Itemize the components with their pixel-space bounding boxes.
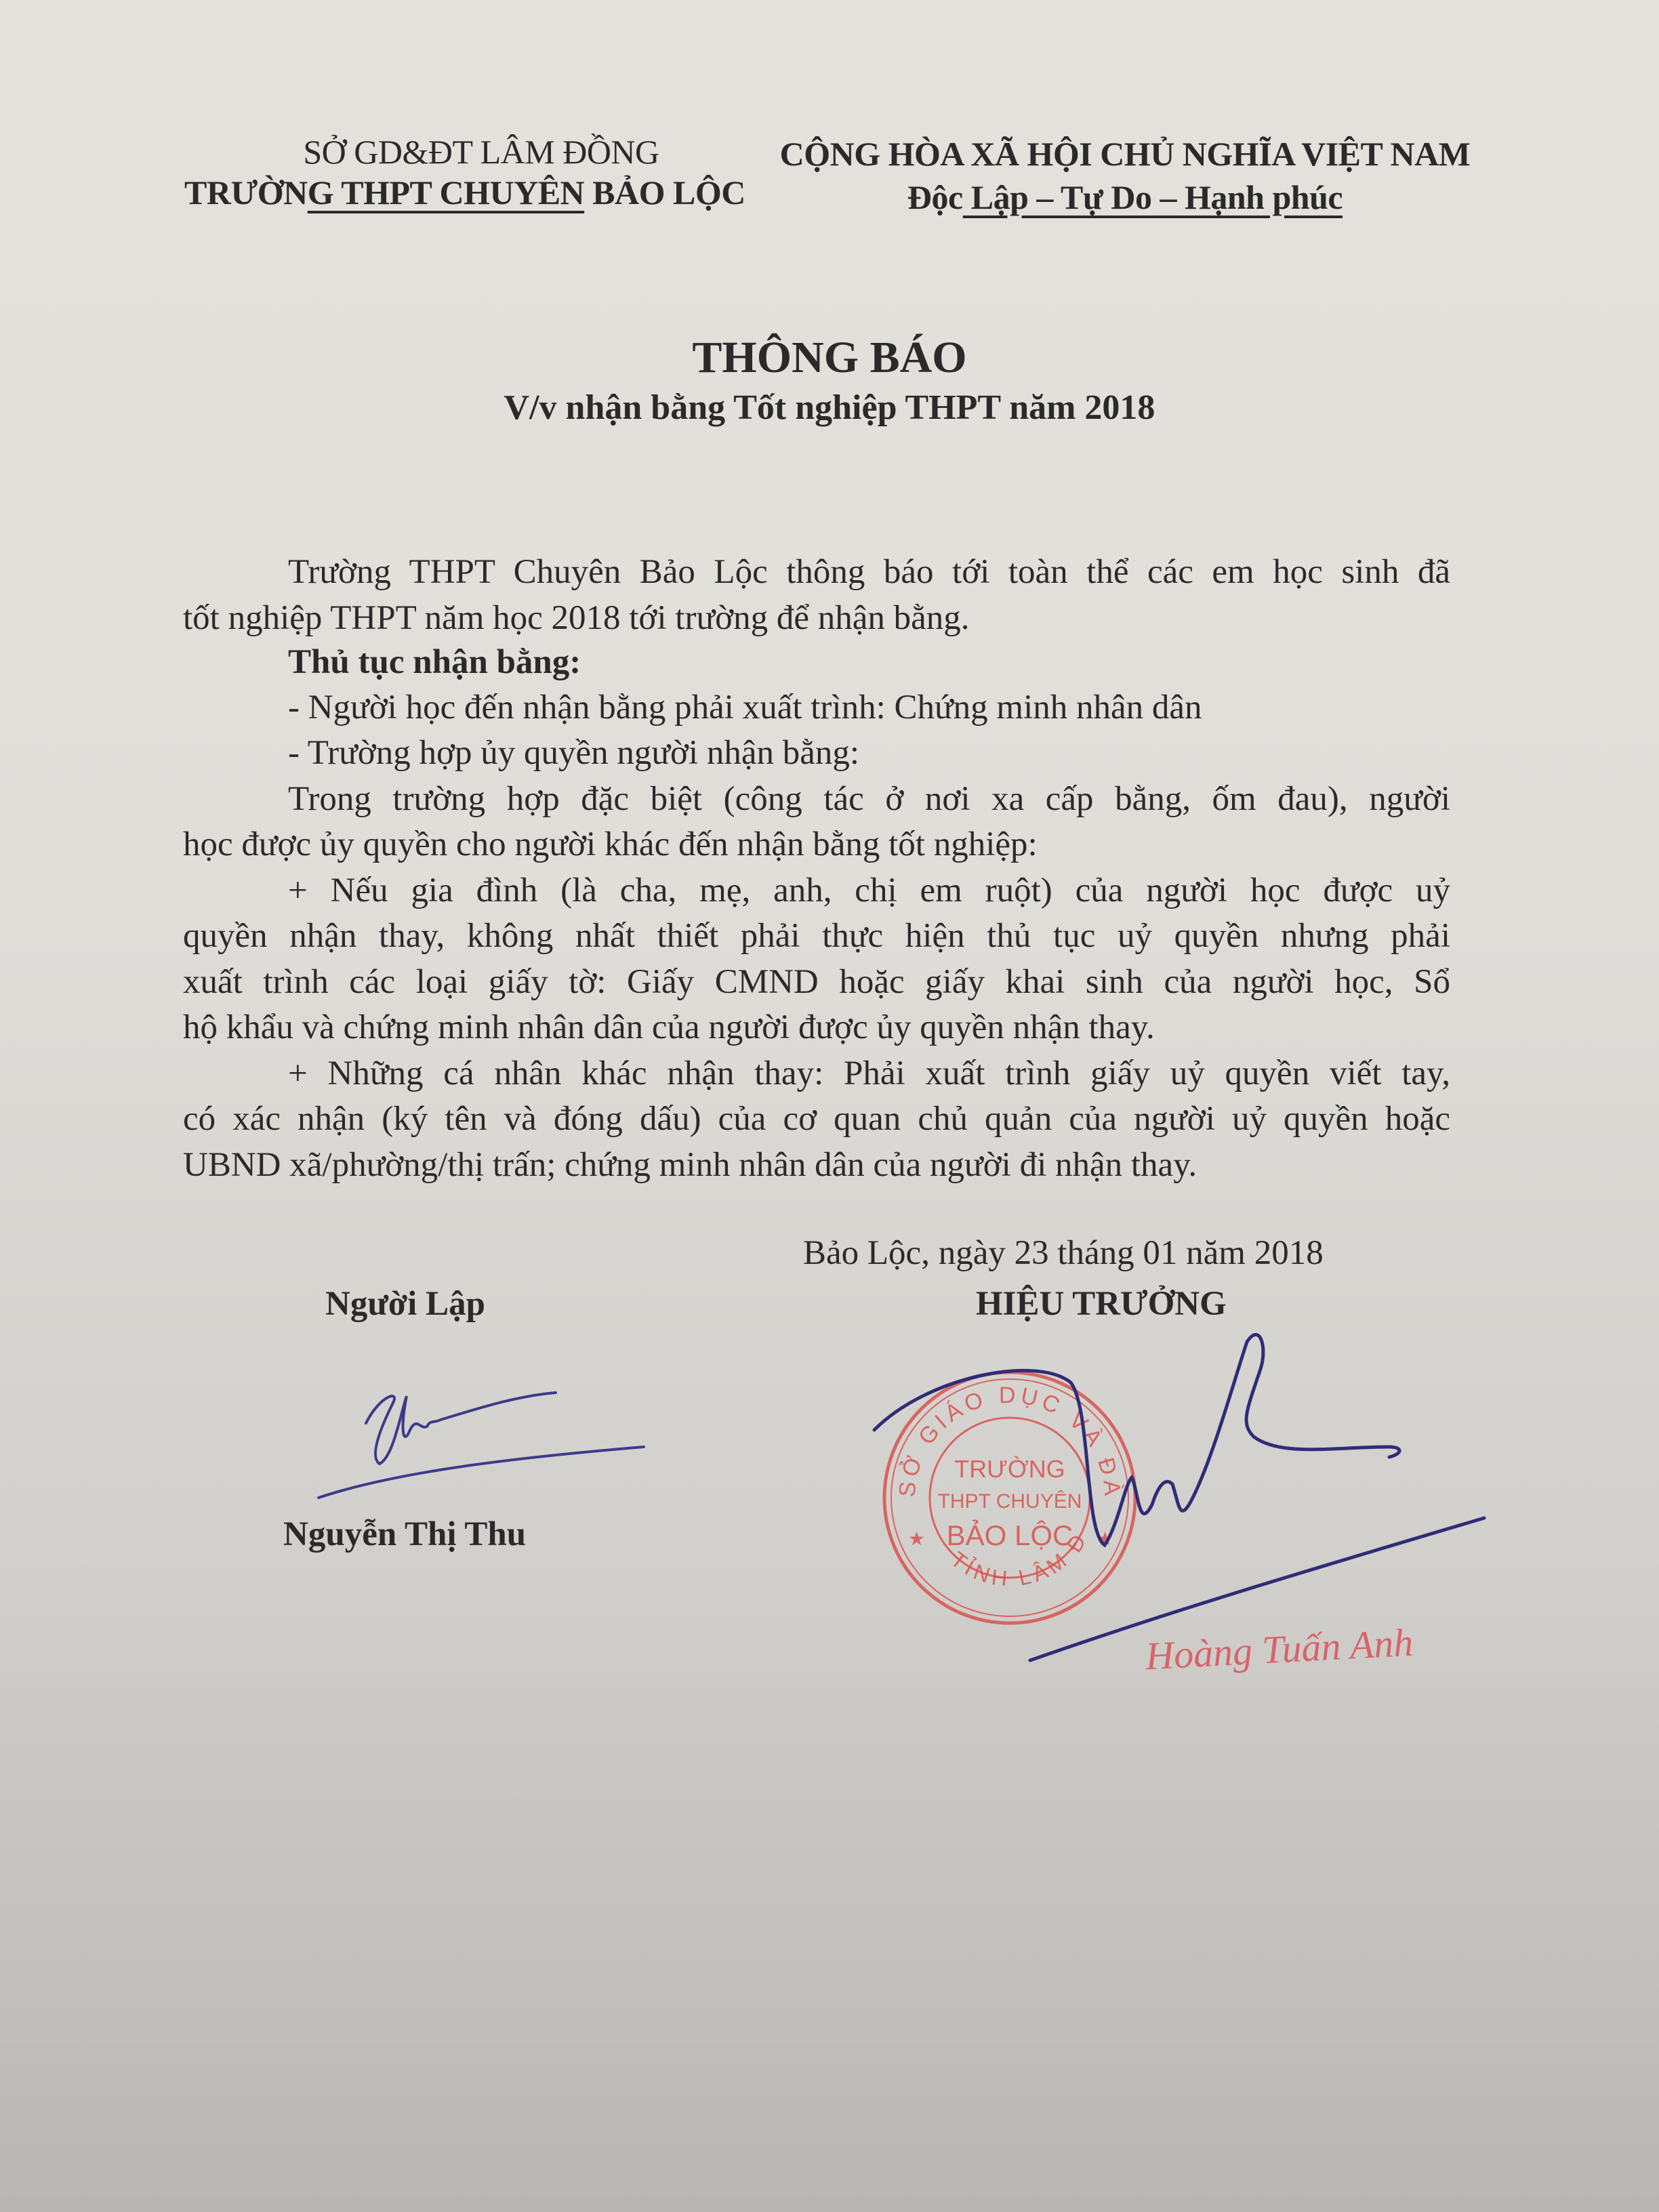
procedure-item-2: - Trường hợp ủy quyền người nhận bằng:: [183, 733, 1450, 773]
creator-role: Người Lập: [325, 1284, 485, 1324]
special-case-line-2: học được ủy quyền cho người khác đến nhậ…: [183, 825, 1450, 864]
department-name: SỞ GD&ĐT LÂM ĐỒNG: [183, 132, 779, 171]
document-subtitle: V/v nhận bằng Tốt nghiệp THPT năm 2018: [0, 388, 1659, 428]
intro-paragraph-line-1: Trường THPT Chuyên Bảo Lộc thông báo tới…: [183, 552, 1450, 592]
country-name: CỘNG HÒA XÃ HỘI CHỦ NGHĨA VIỆT NAM: [766, 134, 1484, 173]
procedure-item-1: - Người học đến nhận bằng phải xuất trìn…: [183, 688, 1450, 727]
document-page: SỞ GD&ĐT LÂM ĐỒNG TRƯỜNG THPT CHUYÊN BẢO…: [0, 0, 1659, 2212]
place-date: Bảo Lộc, ngày 23 tháng 01 năm 2018: [803, 1233, 1324, 1273]
creator-signature: [298, 1369, 664, 1504]
principal-role: HIỆU TRƯỞNG: [976, 1284, 1227, 1324]
family-case-line-2: quyền nhận thay, không nhất thiết phải t…: [183, 916, 1450, 956]
national-motto: Độc Lập – Tự Do – Hạnh phúc: [766, 178, 1484, 217]
header-left: SỞ GD&ĐT LÂM ĐỒNG: [183, 132, 779, 171]
other-case-line-2: có xác nhận (ký tên và đóng dấu) của cơ …: [183, 1099, 1450, 1139]
school-name: TRƯỜNG THPT CHUYÊN BẢO LỘC: [184, 173, 745, 212]
family-case-line-1: + Nếu gia đình (là cha, mẹ, anh, chị em …: [183, 871, 1450, 910]
procedure-heading: Thủ tục nhận bằng:: [183, 642, 1450, 682]
family-case-line-3: xuất trình các loại giấy tờ: Giấy CMND h…: [183, 962, 1450, 1002]
creator-name: Nguyễn Thị Thu: [283, 1515, 526, 1554]
other-case-line-1: + Những cá nhân khác nhận thay: Phải xuấ…: [183, 1054, 1450, 1093]
intro-paragraph-line-2: tốt nghiệp THPT năm học 2018 tới trường …: [183, 598, 1450, 638]
family-case-line-4: hộ khẩu và chứng minh nhân dân của người…: [183, 1008, 1450, 1047]
document-title: THÔNG BÁO: [0, 332, 1659, 384]
other-case-line-3: UBND xã/phường/thị trấn; chứng minh nhân…: [183, 1145, 1450, 1185]
special-case-line-1: Trong trường hợp đặc biệt (công tác ở nơ…: [183, 779, 1450, 819]
